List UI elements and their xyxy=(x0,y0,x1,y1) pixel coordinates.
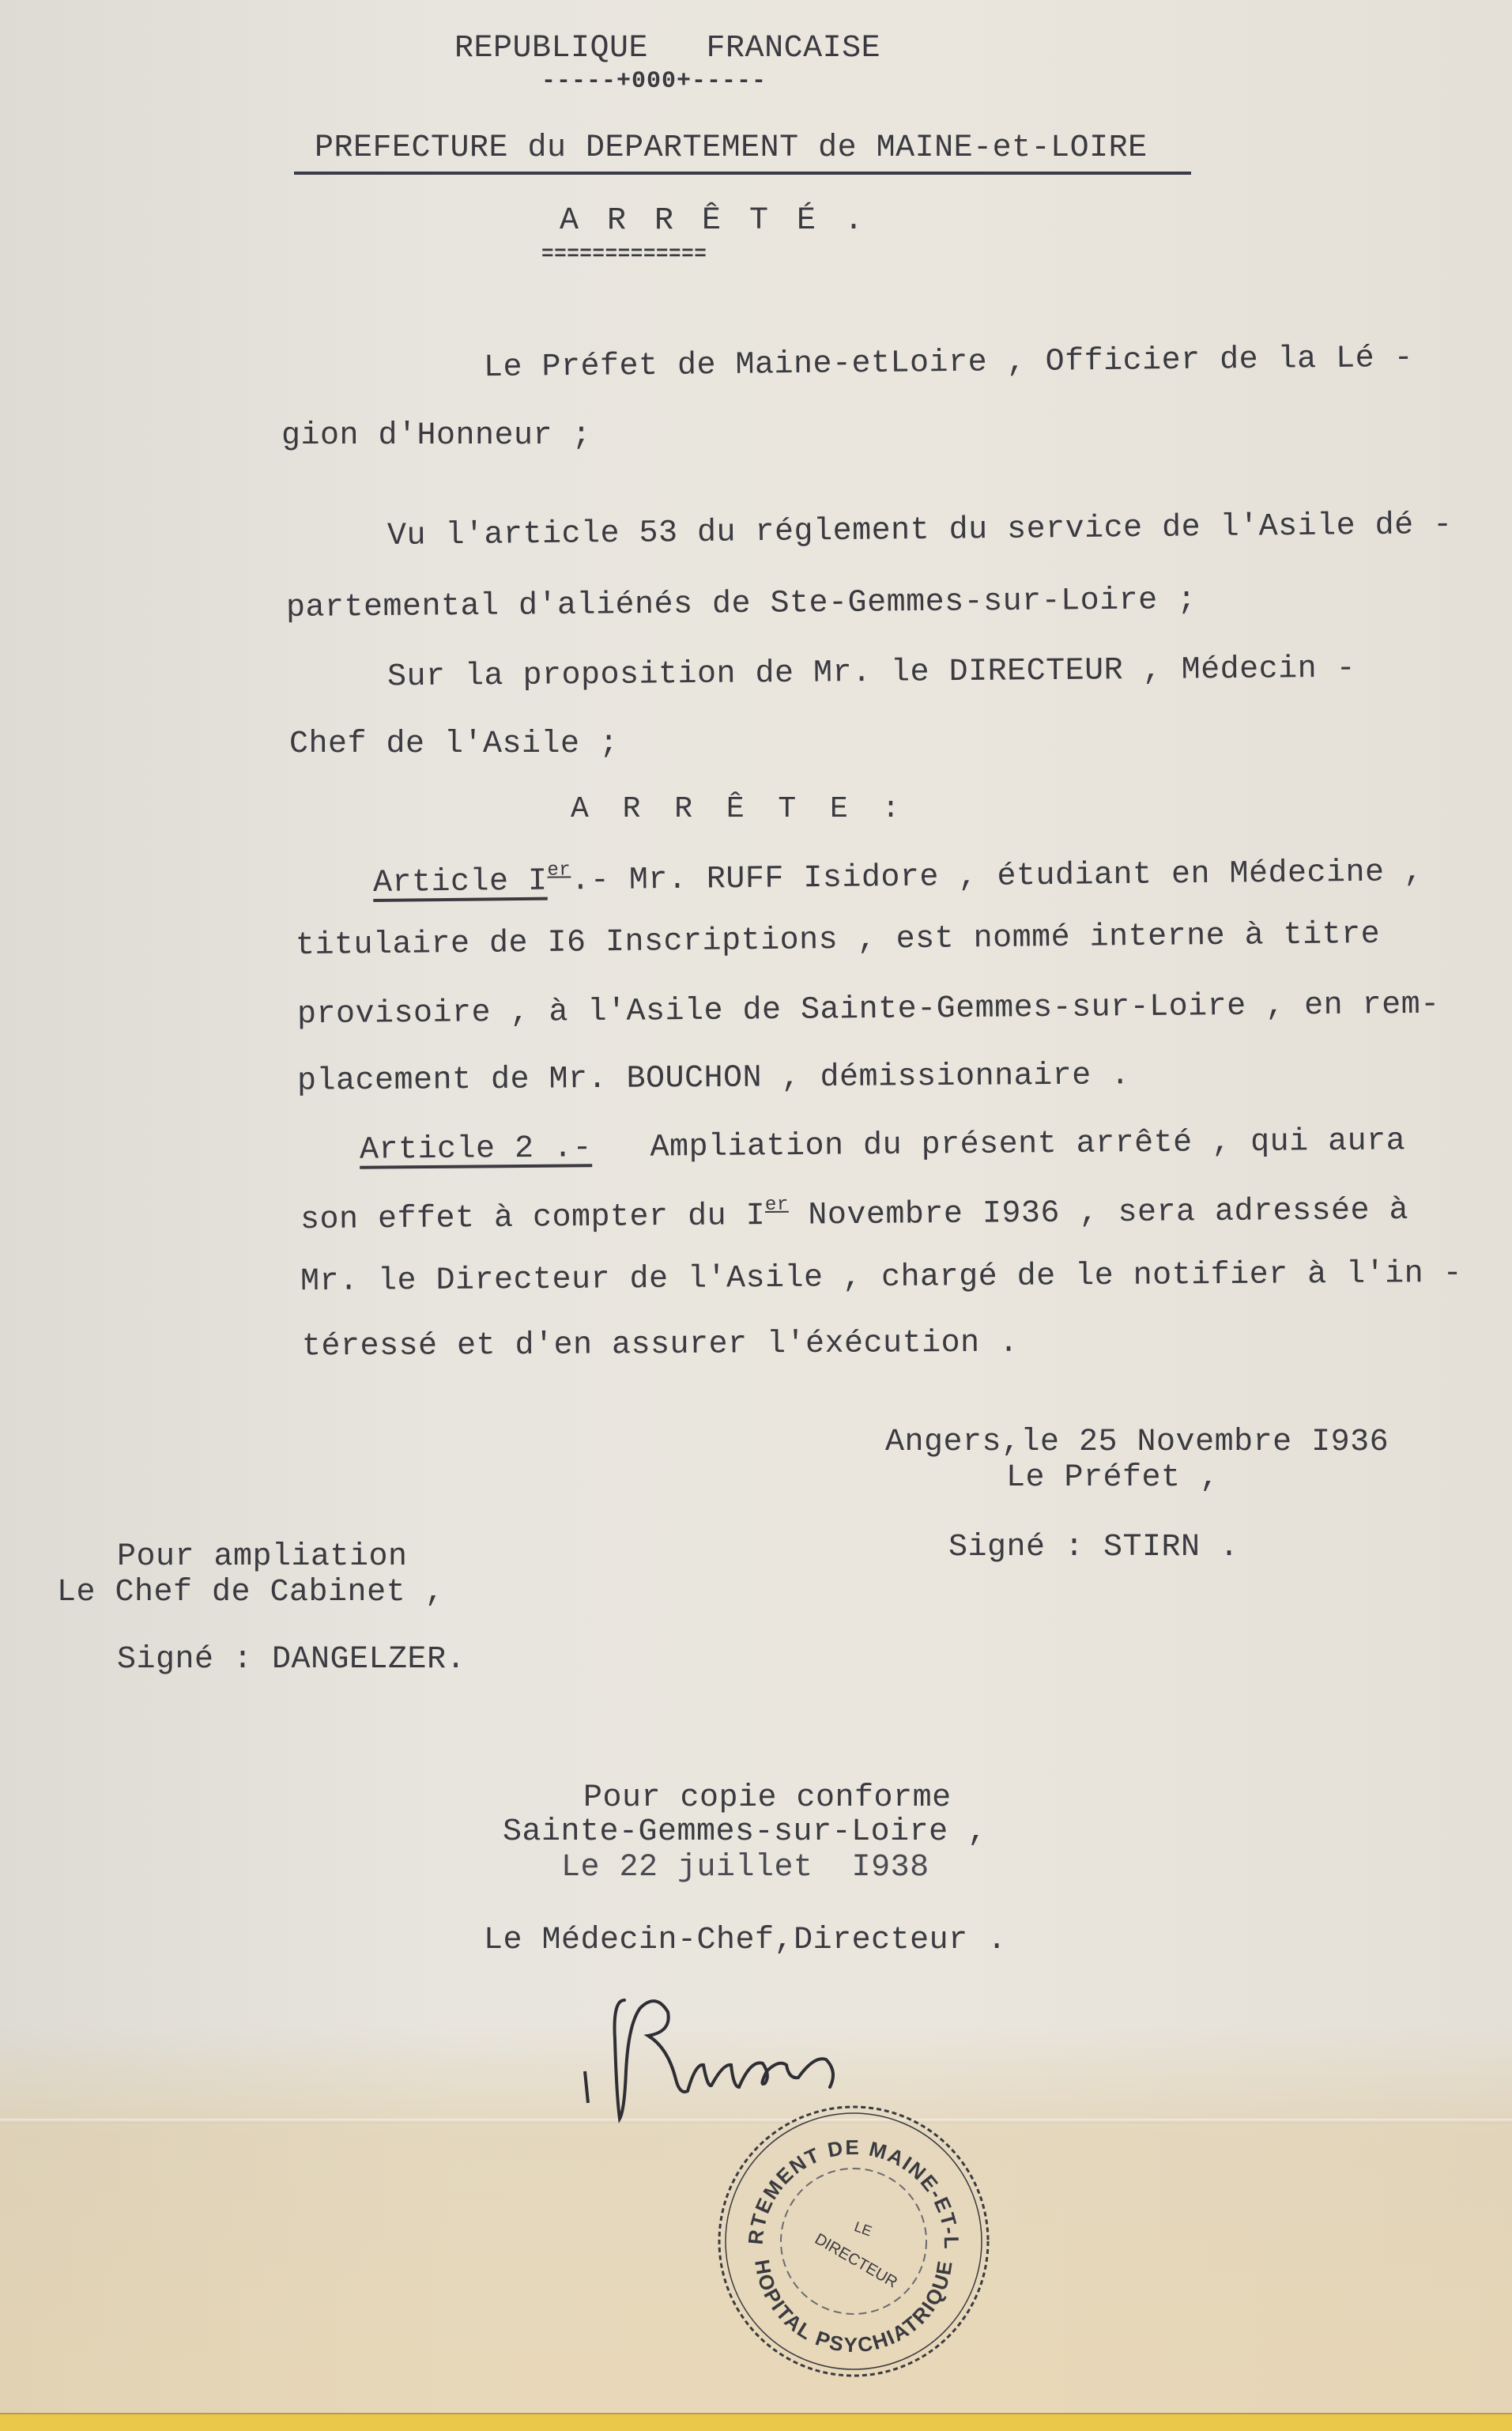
title-rule: ============= xyxy=(541,243,707,264)
svg-text:HOPITAL PSYCHIATRIQUE: HOPITAL PSYCHIATRIQUE xyxy=(750,2258,957,2357)
article-1-sup: er xyxy=(547,859,571,881)
prefecture-underline xyxy=(294,172,1191,175)
background-surface xyxy=(0,2413,1512,2431)
prefecture-heading: PREFECTURE du DEPARTEMENT de MAINE-et-LO… xyxy=(315,133,1148,164)
copie-line-2: Sainte-Gemmes-sur-Loire , xyxy=(503,1817,987,1848)
stamp-inner-bottom: DIRECTEUR xyxy=(812,2230,900,2291)
article-2-lead: Ampliation du présent arrêté , qui aura xyxy=(650,1123,1405,1165)
article-2-line-4: téressé et d'en assurer l'éxécution . xyxy=(302,1328,1019,1364)
official-stamp: DÉPARTEMENT DE MAINE-ET-LOIRE HOPITAL PS… xyxy=(707,2095,1000,2388)
arrete-heading: A R R Ê T E : xyxy=(571,795,907,825)
header-ornament: -----+000+----- xyxy=(541,70,767,93)
prefet-date: Angers,le 25 Novembre I936 xyxy=(885,1427,1389,1459)
republic-heading: REPUBLIQUE FRANCAISE xyxy=(454,33,880,65)
article-2-line-3: Mr. le Directeur de l'Asile , chargé de … xyxy=(300,1259,1462,1298)
article-1-line-4: placement de Mr. BOUCHON , démissionnair… xyxy=(297,1060,1130,1097)
sur-line-1: Sur la proposition de Mr. le DIRECTEUR ,… xyxy=(387,654,1356,694)
copie-date: Le 22 juillet I938 xyxy=(561,1852,929,1884)
prefet-signed: Signé : STIRN . xyxy=(948,1532,1239,1564)
ampliation-signed: Signé : DANGELZER. xyxy=(117,1644,466,1676)
stamp-outer-bottom: HOPITAL PSYCHIATRIQUE xyxy=(750,2258,957,2357)
ampliation-line-2: Le Chef de Cabinet , xyxy=(57,1577,444,1609)
preamble-line-2: gion d'Honneur ; xyxy=(281,421,591,452)
ampliation-line-1: Pour ampliation xyxy=(117,1542,408,1573)
copie-line-1: Pour copie conforme xyxy=(583,1783,952,1814)
article-1-label: Article I xyxy=(373,864,548,901)
vu-line-2: partemental d'aliénés de Ste-Gemmes-sur-… xyxy=(286,585,1197,625)
sur-line-2: Chef de l'Asile ; xyxy=(289,729,619,761)
copie-role: Le Médecin-Chef,Directeur . xyxy=(484,1925,1007,1957)
arrete-title: A R R Ê T É . xyxy=(560,206,868,237)
article-2-label: Article 2 .- xyxy=(360,1131,592,1168)
stamp-inner-top: LE xyxy=(852,2218,874,2239)
prefet-role: Le Préfet , xyxy=(1006,1463,1220,1494)
